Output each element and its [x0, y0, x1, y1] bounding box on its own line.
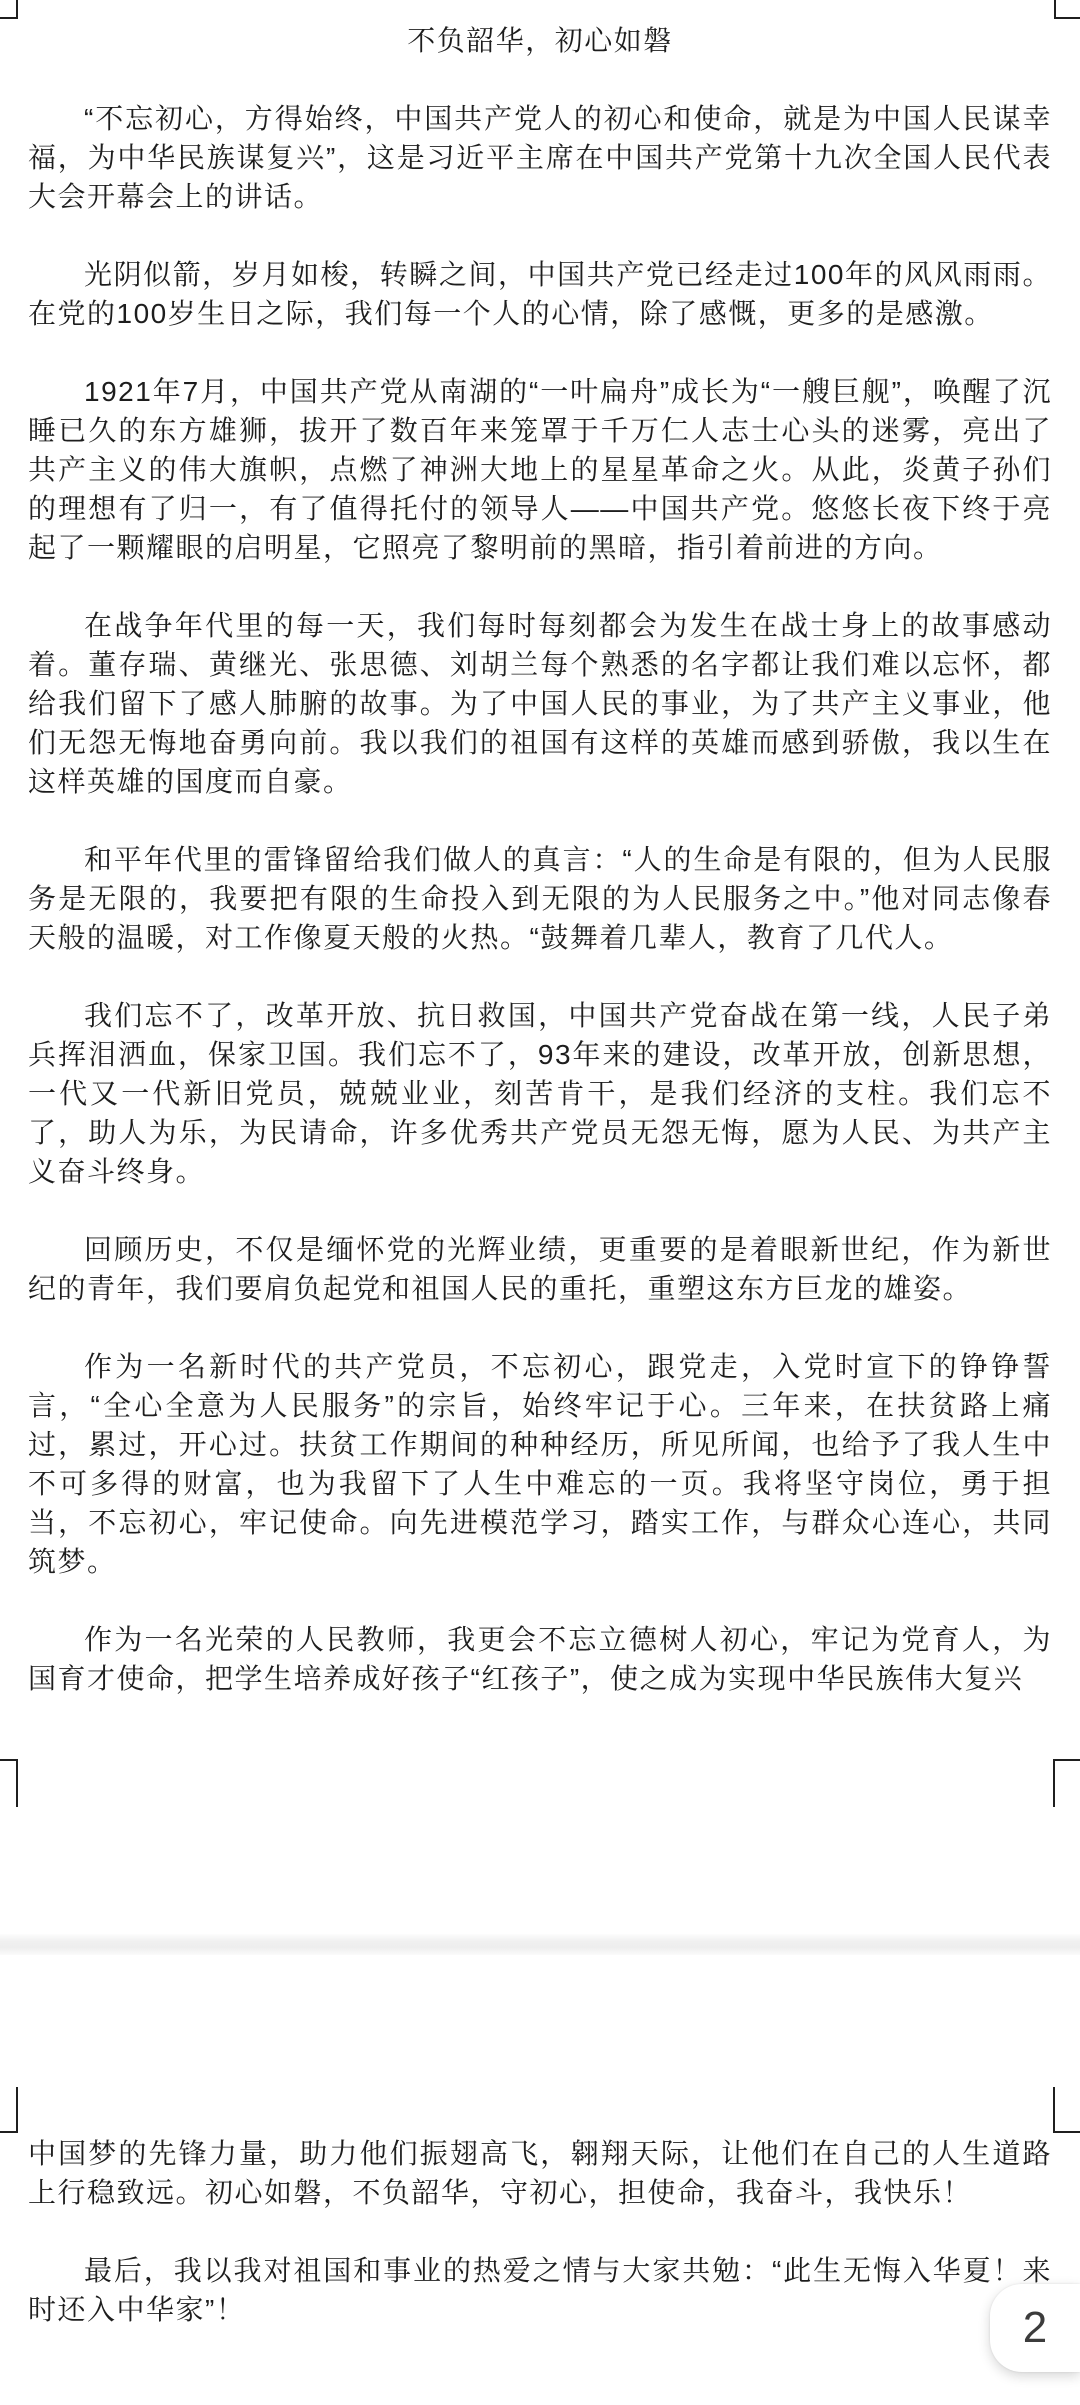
text-boundary-mark-page2-top-left [0, 2131, 18, 2133]
page-number-label: 2 [1023, 2303, 1047, 2353]
paragraph: “不忘初心，方得始终，中国共产党人的初心和使命，就是为中国人民谋幸福，为中华民族… [28, 99, 1052, 216]
page-number-badge: 2 [990, 2284, 1080, 2372]
paragraph: 作为一名新时代的共产党员，不忘初心，跟党走，入党时宣下的铮铮誓言，“全心全意为人… [28, 1347, 1052, 1581]
text-boundary-mark-page2-top-right [1053, 2087, 1055, 2133]
document-page-2: 中国梦的先锋力量，助力他们振翅高飞，翱翔天际，让他们在自己的人生道路上行稳致远。… [0, 2134, 1080, 2368]
paragraph: 最后，我以我对祖国和事业的热爱之情与大家共勉：“此生无悔入华夏！来时还入中华家”… [28, 2251, 1052, 2329]
paragraph: 在战争年代里的每一天，我们每时每刻都会为发生在战士身上的故事感动着。董存瑞、黄继… [28, 606, 1052, 801]
text-boundary-mark-bottom-left [16, 1759, 18, 1807]
text-boundary-mark-top-right [1054, 0, 1056, 18]
text-boundary-mark-top-left [0, 17, 18, 19]
text-boundary-mark-bottom-right [1054, 1759, 1080, 1761]
paragraph: 中国梦的先锋力量，助力他们振翅高飞，翱翔天际，让他们在自己的人生道路上行稳致远。… [28, 2134, 1052, 2212]
document-page-1: 不负韶华，初心如磐 “不忘初心，方得始终，中国共产党人的初心和使命，就是为中国人… [0, 0, 1080, 1737]
paragraph: 作为一名光荣的人民教师，我更会不忘立德树人初心，牢记为党育人，为国育才使命，把学… [28, 1620, 1052, 1698]
document-title: 不负韶华，初心如磐 [28, 21, 1052, 60]
text-boundary-mark-top-right [1054, 17, 1080, 19]
text-boundary-mark-bottom-right [1053, 1759, 1055, 1807]
text-boundary-mark-top-left [16, 0, 18, 18]
paragraph: 1921年7月，中国共产党从南湖的“一叶扁舟”成长为“一艘巨舰”，唤醒了沉睡已久… [28, 372, 1052, 567]
paragraph: 回顾历史，不仅是缅怀党的光辉业绩，更重要的是着眼新世纪，作为新世纪的青年，我们要… [28, 1230, 1052, 1308]
text-boundary-mark-page2-top-right [1054, 2131, 1080, 2133]
text-boundary-mark-page2-top-left [16, 2087, 18, 2133]
paragraph: 和平年代里的雷锋留给我们做人的真言：“人的生命是有限的，但为人民服务是无限的，我… [28, 840, 1052, 957]
paragraph: 光阴似箭，岁月如梭，转瞬之间，中国共产党已经走过100年的风风雨雨。在党的100… [28, 255, 1052, 333]
paragraph: 我们忘不了，改革开放、抗日救国，中国共产党奋战在第一线，人民子弟兵挥泪洒血，保家… [28, 996, 1052, 1191]
document-viewer: 不负韶华，初心如磐 “不忘初心，方得始终，中国共产党人的初心和使命，就是为中国人… [0, 0, 1080, 2405]
page-gap [0, 1934, 1080, 1955]
